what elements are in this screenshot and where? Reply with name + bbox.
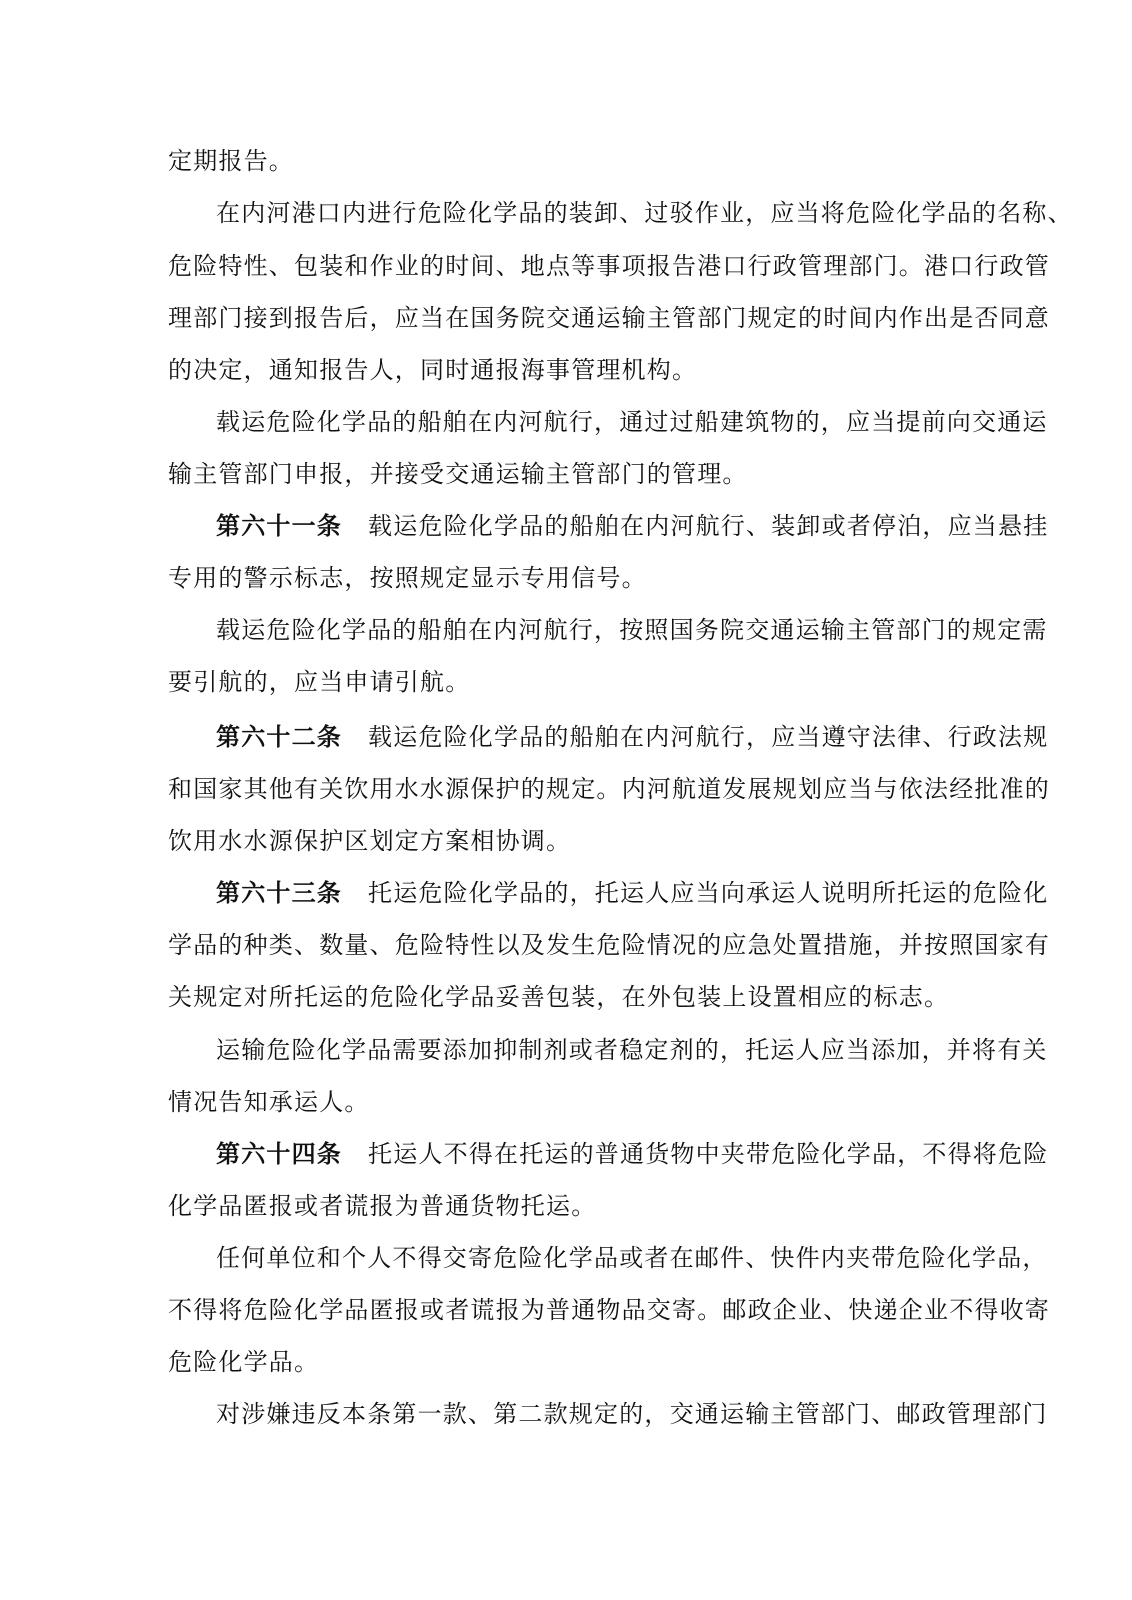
article-heading-63: 第六十三条 <box>216 879 342 907</box>
paragraph-first-line: 对涉嫌违反本条第一款、第二款规定的，交通运输主管部门、邮政管理部门 <box>216 1399 940 1429</box>
text-line: 化学品匿报或者谎报为普通货物托运。 <box>168 1191 940 1221</box>
text-line: 危险化学品。 <box>168 1347 940 1377</box>
text-line: 饮用水水源保护区划定方案相协调。 <box>168 826 940 856</box>
text-line: 专用的警示标志，按照规定显示专用信号。 <box>168 563 940 593</box>
text-line: 不得将危险化学品匿报或者谎报为普通物品交寄。邮政企业、快递企业不得收寄 <box>168 1295 940 1325</box>
article-61-first-line: 第六十一条载运危险化学品的船舶在内河航行、装卸或者停泊，应当悬挂 <box>216 511 940 541</box>
paragraph-first-line: 载运危险化学品的船舶在内河航行，按照国务院交通运输主管部门的规定需 <box>216 615 940 645</box>
document-page: 定期报告。 在内河港口内进行危险化学品的装卸、过驳作业，应当将危险化学品的名称、… <box>0 0 1132 1600</box>
article-text: 托运人不得在托运的普通货物中夹带危险化学品，不得将危险 <box>368 1140 1048 1168</box>
text-line: 关规定对所托运的危险化学品妥善包装，在外包装上设置相应的标志。 <box>168 982 940 1012</box>
article-62-first-line: 第六十二条载运危险化学品的船舶在内河航行，应当遵守法律、行政法规 <box>216 722 940 752</box>
paragraph-first-line: 任何单位和个人不得交寄危险化学品或者在邮件、快件内夹带危险化学品， <box>216 1243 940 1273</box>
text-line: 和国家其他有关饮用水水源保护的规定。内河航道发展规划应当与依法经批准的 <box>168 774 940 804</box>
text-line: 的决定，通知报告人，同时通报海事管理机构。 <box>168 355 940 385</box>
text-line: 定期报告。 <box>168 146 940 176</box>
article-text: 载运危险化学品的船舶在内河航行、装卸或者停泊，应当悬挂 <box>368 512 1048 540</box>
article-heading-62: 第六十二条 <box>216 723 342 751</box>
text-line: 要引航的，应当申请引航。 <box>168 667 940 697</box>
text-line: 输主管部门申报，并接受交通运输主管部门的管理。 <box>168 459 940 489</box>
paragraph-first-line: 载运危险化学品的船舶在内河航行，通过过船建筑物的，应当提前向交通运 <box>216 407 940 437</box>
text-line: 情况告知承运人。 <box>168 1087 940 1117</box>
article-text: 托运危险化学品的，托运人应当向承运人说明所托运的危险化 <box>368 879 1048 907</box>
article-heading-64: 第六十四条 <box>216 1140 342 1168</box>
text-line: 学品的种类、数量、危险特性以及发生危险情况的应急处置措施，并按照国家有 <box>168 930 940 960</box>
article-64-first-line: 第六十四条托运人不得在托运的普通货物中夹带危险化学品，不得将危险 <box>216 1139 940 1169</box>
paragraph-first-line: 运输危险化学品需要添加抑制剂或者稳定剂的，托运人应当添加，并将有关 <box>216 1035 940 1065</box>
paragraph-first-line: 在内河港口内进行危险化学品的装卸、过驳作业，应当将危险化学品的名称、 <box>216 198 940 228</box>
article-63-first-line: 第六十三条托运危险化学品的，托运人应当向承运人说明所托运的危险化 <box>216 878 940 908</box>
article-text: 载运危险化学品的船舶在内河航行，应当遵守法律、行政法规 <box>368 723 1048 751</box>
text-line: 危险特性、包装和作业的时间、地点等事项报告港口行政管理部门。港口行政管 <box>168 251 940 281</box>
text-line: 理部门接到报告后，应当在国务院交通运输主管部门规定的时间内作出是否同意 <box>168 303 940 333</box>
article-heading-61: 第六十一条 <box>216 512 342 540</box>
